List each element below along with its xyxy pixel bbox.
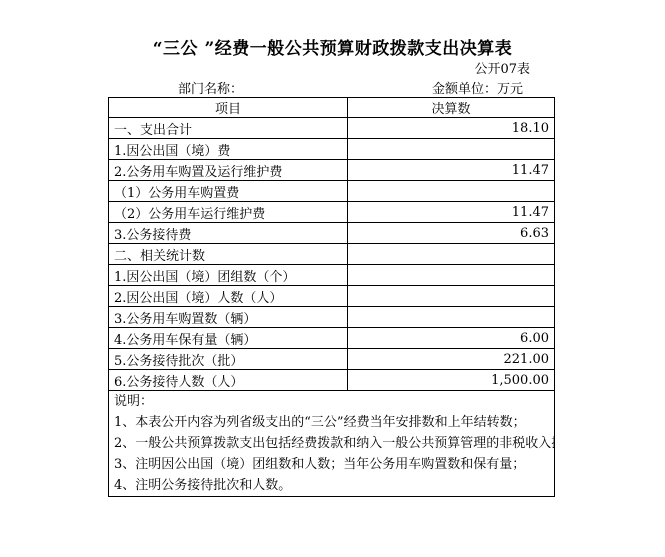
row-value [348, 181, 555, 202]
amount-unit-value: 万元 [497, 82, 523, 97]
row-label: 1.因公出国（境）团组数（个） [109, 265, 348, 286]
table-row: 一、支出合计 18.10 [109, 118, 555, 139]
row-label: 3.公务接待费 [109, 223, 348, 244]
row-value: 11.47 [348, 202, 555, 223]
row-value: 1,500.00 [348, 370, 555, 391]
note-item: 1、本表公开内容为列省级支出的“三公”经费当年安排数和上年结转数； [114, 412, 549, 433]
table-body: 一、支出合计 18.10 1.因公出国（境）费 2.公务用车购置及运行维护费 1… [109, 118, 555, 497]
note-item: 2、一般公共预算拨款支出包括经费拨款和纳入一般公共预算管理的非税收入拨款形成的支… [114, 433, 549, 454]
table-row: 2.公务用车购置及运行维护费 11.47 [109, 160, 555, 181]
table-row: 5.公务接待批次（批） 221.00 [109, 349, 555, 370]
table-row: 3.公务用车购置数（辆） [109, 307, 555, 328]
table-header-amount: 决算数 [348, 98, 555, 118]
decision-table-page: “三公 ”经费一般公共预算财政拨款支出决算表 公开07表 部门名称： 金额单位：… [0, 0, 665, 557]
row-label: 3.公务用车购置数（辆） [109, 307, 348, 328]
note-item: 3、注明因公出国（境）团组数和人数；当年公务用车购置数和保有量； [114, 454, 549, 475]
row-label: 1.因公出国（境）费 [109, 139, 348, 160]
table-row: 1.因公出国（境）团组数（个） [109, 265, 555, 286]
row-label: 6.公务接待人数（人） [109, 370, 348, 391]
row-label: 2.因公出国（境）人数（人） [109, 286, 348, 307]
row-value [348, 307, 555, 328]
table-header-row: 项目 决算数 [109, 98, 555, 118]
row-value [348, 139, 555, 160]
row-label: 4.公务用车保有量（辆） [109, 328, 348, 349]
notes-row: 说明： 1、本表公开内容为列省级支出的“三公”经费当年安排数和上年结转数； 2、… [109, 391, 555, 497]
row-label: （1）公务用车购置费 [109, 181, 348, 202]
row-label: （2）公务用车运行维护费 [109, 202, 348, 223]
amount-unit-label-text: 金额单位： [432, 82, 497, 97]
table-row: 二、相关统计数 [109, 244, 555, 265]
row-value: 6.00 [348, 328, 555, 349]
table-row: （1）公务用车购置费 [109, 181, 555, 202]
notes-cell: 说明： 1、本表公开内容为列省级支出的“三公”经费当年安排数和上年结转数； 2、… [109, 391, 555, 497]
row-value: 6.63 [348, 223, 555, 244]
table-row: 6.公务接待人数（人） 1,500.00 [109, 370, 555, 391]
budget-table: 项目 决算数 一、支出合计 18.10 1.因公出国（境）费 2.公务用车购置及… [108, 97, 555, 497]
table-header-item: 项目 [109, 98, 348, 118]
row-label: 2.公务用车购置及运行维护费 [109, 160, 348, 181]
table-row: 4.公务用车保有量（辆） 6.00 [109, 328, 555, 349]
note-item: 4、注明公务接待批次和人数。 [114, 475, 549, 496]
row-value: 18.10 [348, 118, 555, 139]
row-label: 5.公务接待批次（批） [109, 349, 348, 370]
notes-title: 说明： [114, 391, 549, 412]
row-value: 221.00 [348, 349, 555, 370]
row-value [348, 265, 555, 286]
table-row: 3.公务接待费 6.63 [109, 223, 555, 244]
row-label: 二、相关统计数 [109, 244, 348, 265]
row-value: 11.47 [348, 160, 555, 181]
table-row: 2.因公出国（境）人数（人） [109, 286, 555, 307]
department-name-label: 部门名称： [178, 78, 243, 97]
page-title: “三公 ”经费一般公共预算财政拨款支出决算表 [0, 34, 665, 59]
form-number: 公开07表 [474, 58, 530, 77]
table-row: 1.因公出国（境）费 [109, 139, 555, 160]
row-value [348, 244, 555, 265]
table-row: （2）公务用车运行维护费 11.47 [109, 202, 555, 223]
amount-unit-label: 金额单位：万元 [432, 78, 523, 97]
row-label: 一、支出合计 [109, 118, 348, 139]
row-value [348, 286, 555, 307]
